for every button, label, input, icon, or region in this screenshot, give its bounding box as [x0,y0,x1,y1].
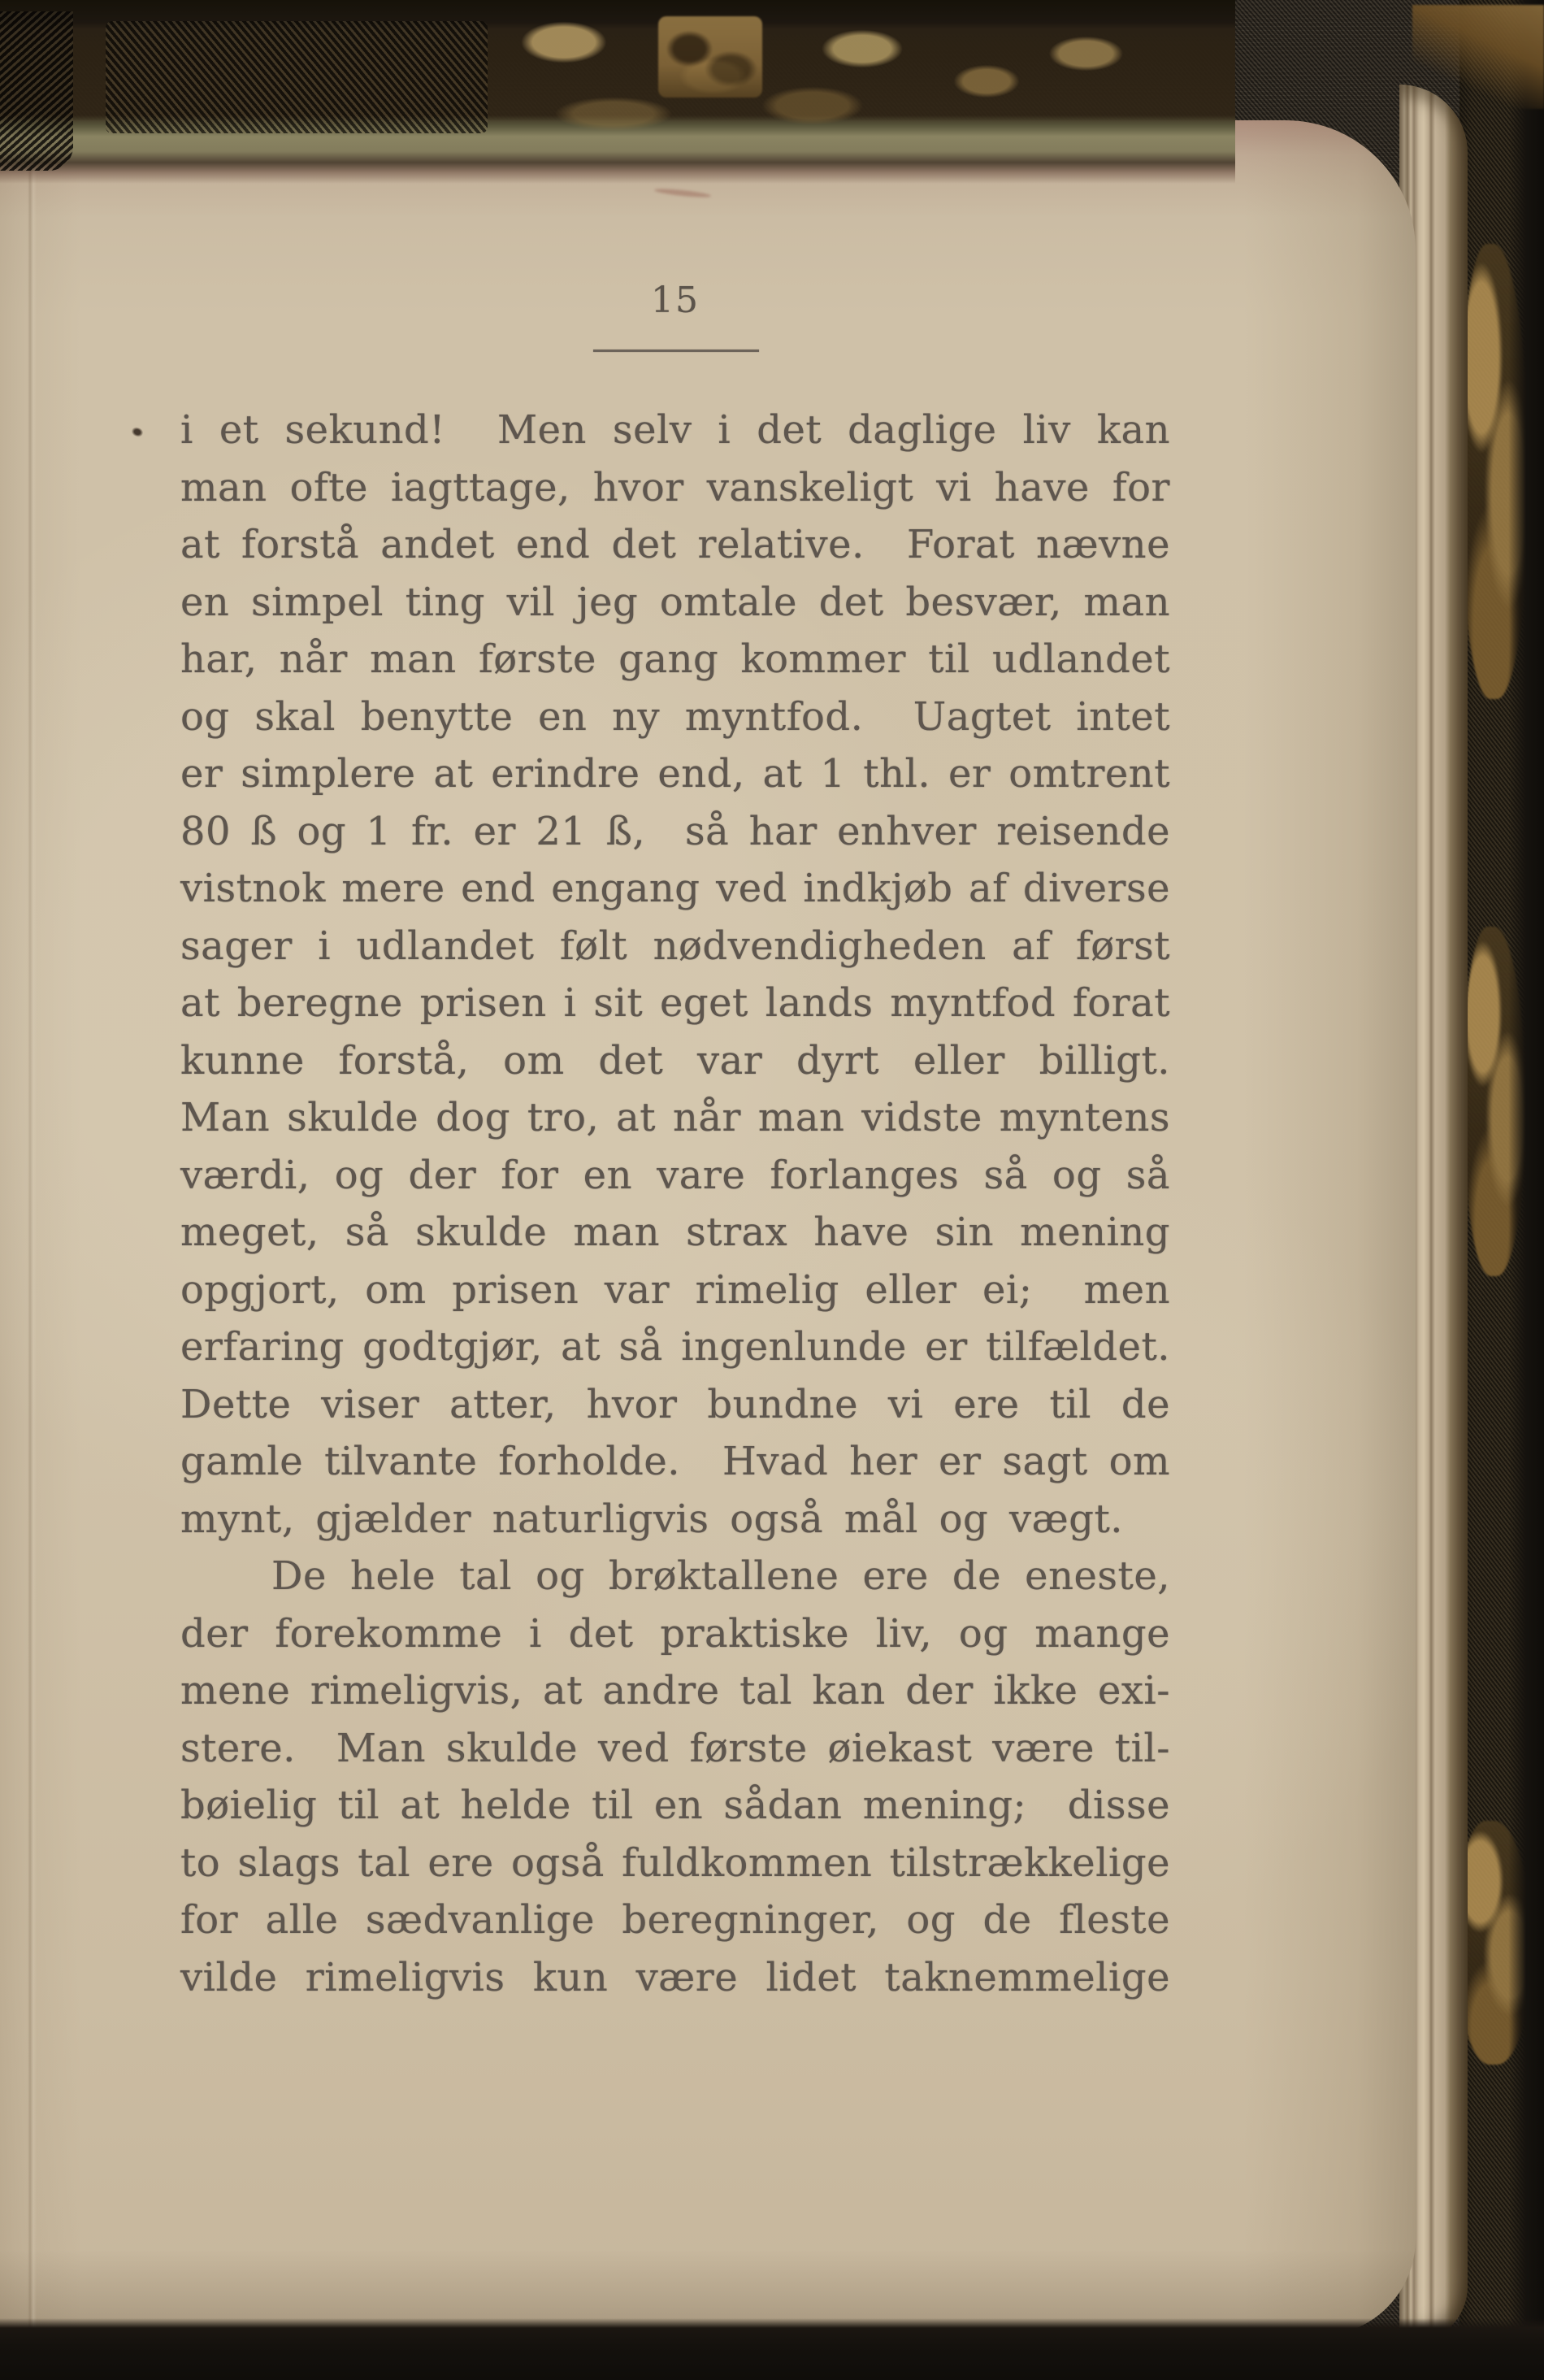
cover-weave-texture [0,11,73,171]
text-line: man ofte iagttage, hvor vanskeligt vi ha… [180,459,1170,517]
text-line: at beregne prisen i sit eget lands myntf… [180,975,1170,1032]
text-line: bøielig til at helde til en sådan mening… [180,1777,1170,1835]
book-page: 15 i et sekund! Men selv i det daglige l… [0,120,1416,2336]
text-line: vistnok mere end engang ved indkjøb af d… [180,860,1170,918]
text-line: sager i udlandet følt nødvendigheden af … [180,918,1170,975]
book-cover-bottom [0,2318,1544,2380]
text-line: opgjort, om prisen var rimelig eller ei;… [180,1262,1170,1319]
text-line: stere. Man skulde ved første øiekast vær… [180,1720,1170,1778]
text-line: 80 ß og 1 fr. er 21 ß, så har enhver rei… [180,803,1170,861]
text-line: at forstå andet end det relative. Forat … [180,516,1170,574]
text-line: Man skulde dog tro, at når man vidste my… [180,1089,1170,1147]
text-line: mynt, gjælder naturligvis også mål og væ… [180,1491,1170,1548]
cover-corner-wear [1412,5,1544,109]
ink-speck [131,426,145,438]
text-line: for alle sædvanlige beregninger, og de f… [180,1891,1170,1949]
text-line: De hele tal og brøktallene ere de eneste… [180,1548,1170,1605]
stain-mark [654,187,711,198]
text-line: vilde rimeligvis kun være lidet taknemme… [180,1949,1170,2007]
cover-weave-texture [106,21,488,133]
text-line: gamle tilvante forholde. Hvad her er sag… [180,1433,1170,1491]
book-cover-top [0,0,1235,184]
text-line: der forekomme i det praktiske liv, og ma… [180,1605,1170,1663]
page-number-rule [593,350,759,352]
book-photo: 15 i et sekund! Men selv i det daglige l… [0,0,1544,2380]
text-line: værdi, og der for en vare forlanges så o… [180,1147,1170,1205]
text-line: mene rimeligvis, at andre tal kan der ik… [180,1662,1170,1720]
text-line: en simpel ting vil jeg omtale det besvær… [180,574,1170,632]
text-line: har, når man første gang kommer til udla… [180,631,1170,688]
text-line: to slags tal ere også fuldkommen tilstræ… [180,1835,1170,1892]
text-line: er simplere at erindre end, at 1 thl. er… [180,745,1170,803]
page-number: 15 [180,280,1170,321]
text-line: og skal benytte en ny myntfod. Uagtet in… [180,688,1170,746]
text-line: i et sekund! Men selv i det daglige liv … [180,402,1170,459]
text-line: kunne forstå, om det var dyrt eller bill… [180,1032,1170,1090]
body-text: i et sekund! Men selv i det daglige liv … [180,402,1170,2006]
cover-wear-patch [658,16,762,98]
cover-edge-shadow [1508,0,1544,2380]
text-line: meget, så skulde man strax have sin meni… [180,1204,1170,1262]
text-line: erfaring godtgjør, at så ingenlunde er t… [180,1318,1170,1376]
text-line: Dette viser atter, hvor bundne vi ere ti… [180,1376,1170,1434]
